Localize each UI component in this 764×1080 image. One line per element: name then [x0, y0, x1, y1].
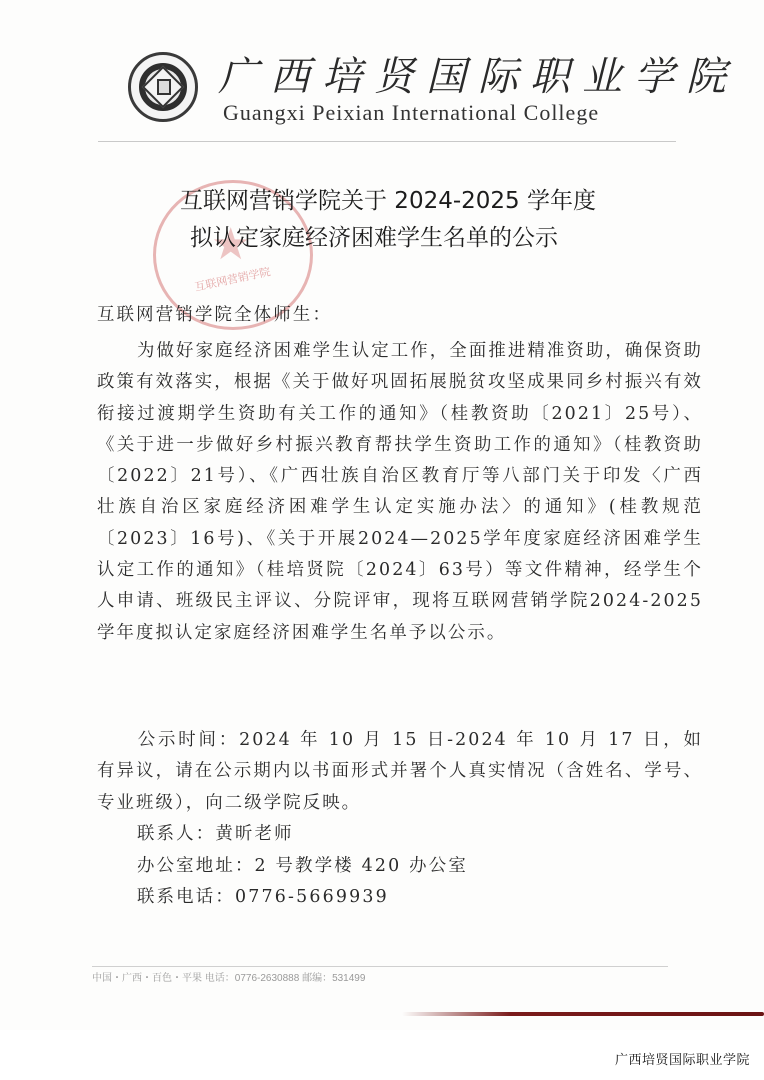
- footer-divider: [92, 966, 668, 967]
- office-address: 办公室地址：2 号教学楼 420 办公室: [137, 851, 468, 882]
- footer-address: 中国・广西・百色・平果 电话：0776-2630888 邮编：531499: [92, 969, 365, 984]
- body-paragraph-2: 公示时间：2024 年 10 月 15 日-2024 年 10 月 17 日，如…: [97, 725, 703, 819]
- document-title-line1: 互联网营销学院关于 2024-2025 学年度: [6, 185, 764, 217]
- college-name-cn: 广西培贤国际职业学院: [218, 54, 738, 100]
- letterhead-divider: [98, 141, 676, 142]
- paragraph-1-text: 为做好家庭经济困难学生认定工作，全面推进精准资助，确保资助政策有效落实，根据《关…: [97, 341, 703, 643]
- source-watermark: 广西培贤国际职业学院: [615, 1049, 750, 1068]
- college-name-en: Guangxi Peixian International College: [223, 100, 599, 126]
- college-seal-logo-icon: [128, 52, 198, 122]
- page-edge-shadow: [402, 1012, 764, 1016]
- document-title-line2: 拟认定家庭经济困难学生名单的公示: [0, 222, 756, 254]
- contact-phone: 联系电话：0776-5669939: [137, 882, 389, 913]
- body-paragraph-1: 为做好家庭经济困难学生认定工作，全面推进精准资助，确保资助政策有效落实，根据《关…: [97, 336, 703, 649]
- letterhead: 广西培贤国际职业学院 Guangxi Peixian International…: [128, 50, 658, 130]
- document-page: 广西培贤国际职业学院 Guangxi Peixian International…: [0, 0, 764, 1030]
- paragraph-2-text: 公示时间：2024 年 10 月 15 日-2024 年 10 月 17 日，如…: [97, 730, 703, 813]
- salutation: 互联网营销学院全体师生：: [97, 300, 697, 331]
- contact-person: 联系人：黄昕老师: [137, 819, 294, 850]
